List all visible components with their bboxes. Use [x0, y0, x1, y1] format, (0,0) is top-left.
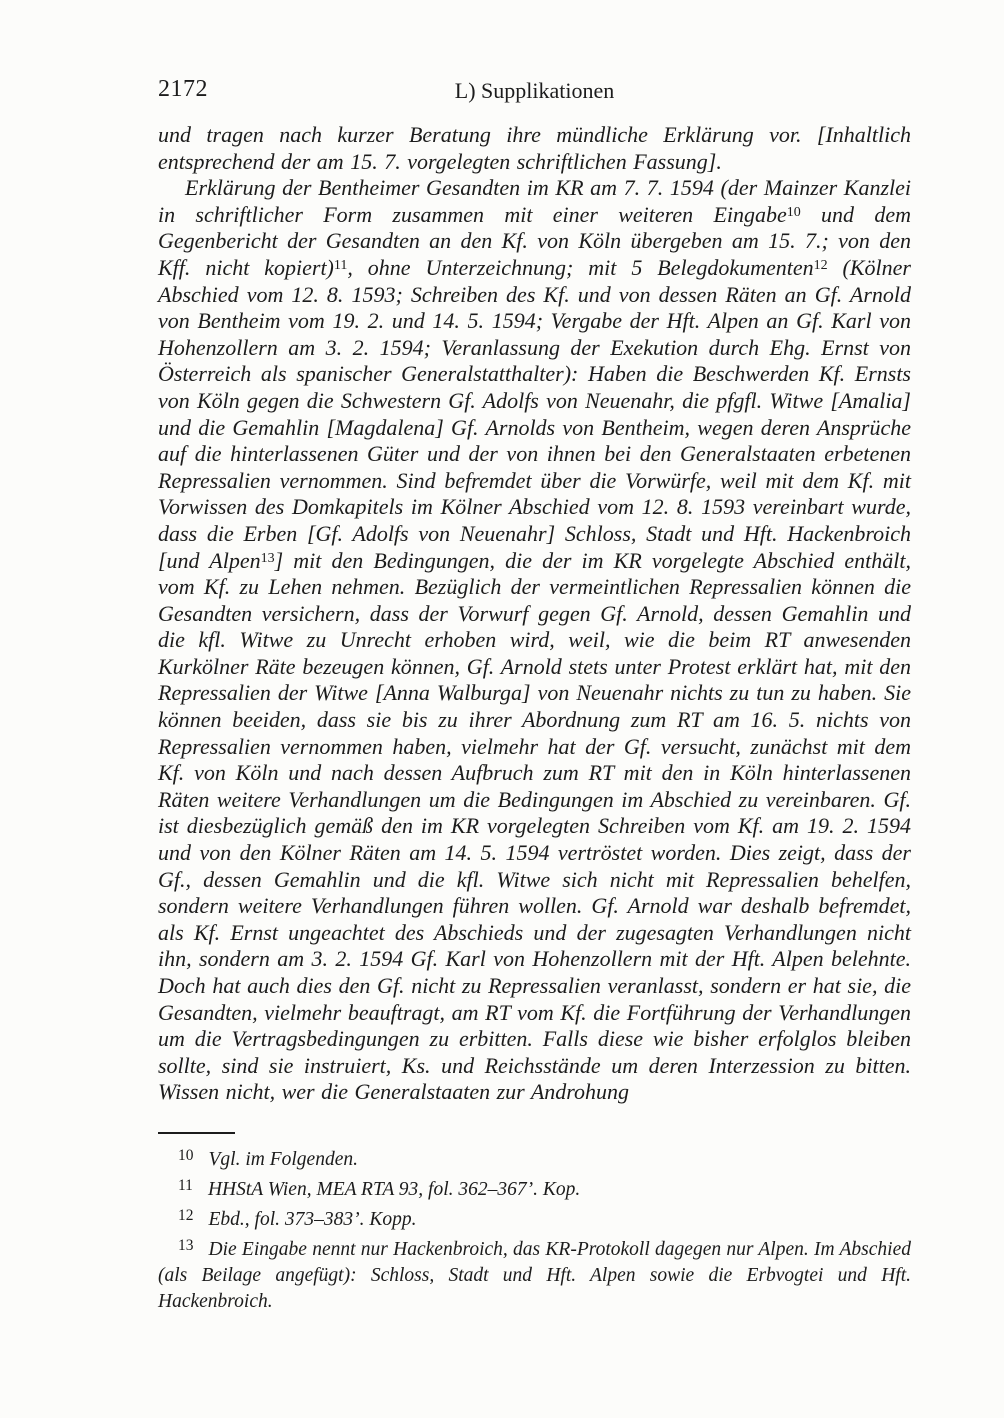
footnote-number: 11 [178, 1177, 193, 1194]
footnote-text: HHStA Wien, MEA RTA 93, fol. 362–367’. K… [208, 1179, 580, 1200]
text-block: 2172 L) Supplikationen und tragen nach k… [158, 76, 911, 1315]
page-number: 2172 [158, 76, 208, 103]
footnote-item: 12Ebd., fol. 373–383’. Kopp. [158, 1203, 911, 1233]
body-text: und tragen nach kurzer Beratung ihre mün… [158, 122, 911, 1106]
footnote-text: Ebd., fol. 373–383’. Kopp. [209, 1209, 417, 1230]
footnote-number: 10 [178, 1147, 194, 1164]
footnote-text: Vgl. im Folgenden. [209, 1149, 358, 1170]
footnotes-list: 10Vgl. im Folgenden.11HHStA Wien, MEA RT… [158, 1143, 911, 1315]
paragraph: Erklärung der Bentheimer Gesandten im KR… [158, 175, 911, 1106]
running-head-title: L) Supplikationen [455, 78, 614, 104]
footnote-ref: 12 [814, 258, 828, 273]
footnote-item: 13Die Eingabe nennt nur Hackenbroich, da… [158, 1233, 911, 1315]
footnote-item: 10Vgl. im Folgenden. [158, 1143, 911, 1173]
footnote-ref: 11 [334, 258, 347, 273]
footnote-number: 13 [178, 1237, 194, 1254]
footnote-number: 12 [178, 1207, 194, 1224]
footnote-separator-rule [158, 1132, 235, 1134]
running-header: 2172 L) Supplikationen [158, 76, 911, 108]
footnote-item: 11HHStA Wien, MEA RTA 93, fol. 362–367’.… [158, 1173, 911, 1203]
paragraph: und tragen nach kurzer Beratung ihre mün… [158, 122, 911, 175]
footnote-text: Die Eingabe nennt nur Hackenbroich, das … [158, 1239, 911, 1312]
footnote-ref: 13 [261, 551, 275, 566]
book-page: 2172 L) Supplikationen und tragen nach k… [0, 0, 1004, 1418]
footnotes-section: 10Vgl. im Folgenden.11HHStA Wien, MEA RT… [158, 1132, 911, 1315]
footnote-ref: 10 [787, 205, 801, 220]
